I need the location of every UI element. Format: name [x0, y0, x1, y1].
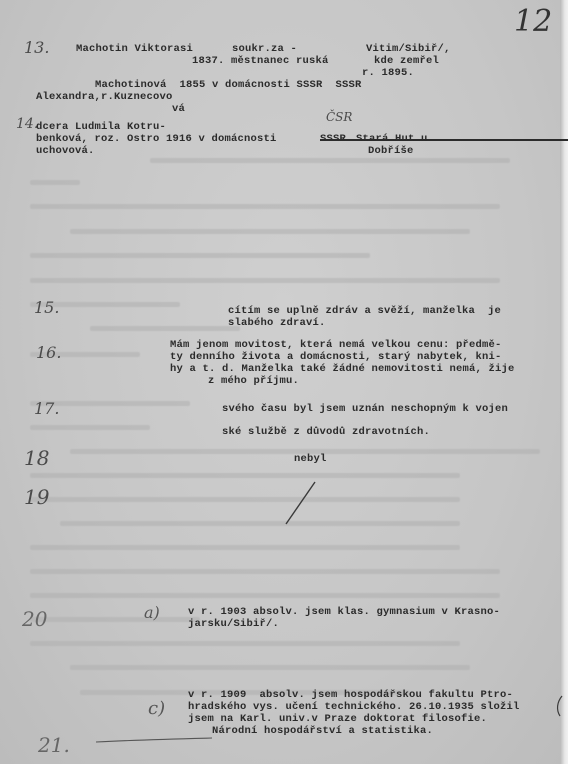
handwritten-slash-mark	[280, 478, 320, 528]
item-20c-line4: Národní hospodářství a statistika.	[212, 725, 433, 737]
item-13-place2: kde zemřel	[374, 55, 439, 67]
sub-item-a: a)	[144, 603, 160, 622]
handwritten-rule-line	[94, 735, 214, 745]
item-20a-line1: v r. 1903 absolv. jsem klas. gymnasium v…	[188, 606, 500, 618]
item-13-name2b: Alexandra,r.Kuznecovo	[36, 91, 173, 103]
bleed-through-line	[30, 180, 80, 185]
bleed-through-line	[30, 593, 500, 598]
bleed-through-line	[30, 617, 200, 622]
item-13-name2c: vá	[172, 103, 185, 115]
item-number: 21.	[38, 733, 70, 757]
item-15-line2: slabého zdraví.	[228, 317, 326, 329]
bleed-through-line	[150, 158, 510, 163]
page-number: 12	[514, 4, 552, 39]
bleed-through-line	[90, 326, 240, 331]
handwritten-correction: ČSR	[326, 110, 352, 124]
item-20c-line3: jsem na Karl. univ.v Praze doktorat filo…	[188, 713, 487, 725]
bleed-through-line	[30, 641, 460, 646]
item-13-place: Vitim/Sibiř/,	[366, 43, 451, 55]
item-16-line4: z mého příjmu.	[208, 375, 299, 387]
item-13-name2: Machotinová 1855 v domácnosti SSSR SSSR	[95, 79, 362, 91]
bleed-through-line	[30, 425, 150, 430]
item-number: 13.	[24, 38, 49, 57]
item-number: 14.	[16, 116, 38, 132]
bleed-through-line	[30, 253, 370, 258]
item-18-answer: nebyl	[294, 453, 327, 465]
item-number: 17.	[34, 399, 59, 418]
item-16-line2: ty denního života a domácnosti, starý na…	[170, 351, 502, 363]
page-edge	[560, 0, 568, 764]
scanned-document-page: 12 13. Machotin Viktorasi soukr.za - Vit…	[0, 0, 568, 764]
item-20c-line2: hradského vys. učení technického. 26.10.…	[188, 701, 520, 713]
bleed-through-line	[30, 545, 460, 550]
bleed-through-line	[30, 497, 460, 502]
item-20c-line1: v r. 1909 absolv. jsem hospodářskou faku…	[188, 689, 513, 701]
item-number: 19	[24, 485, 49, 509]
item-13-year: 1837. městnanec ruská	[192, 55, 329, 67]
item-16-line1: Mám jenom movitost, která nemá velkou ce…	[170, 339, 502, 351]
bleed-through-line	[70, 229, 470, 234]
handwritten-margin-mark	[554, 694, 568, 718]
bleed-through-line	[70, 665, 470, 670]
item-number: 20	[22, 607, 47, 631]
item-17-line2: ské službě z důvodů zdravotních.	[222, 426, 430, 438]
item-14-line3: uchovová.	[36, 145, 95, 157]
item-13-name1: Machotin Viktorasi	[76, 43, 193, 55]
item-14-place2: Dobříše	[368, 145, 414, 157]
sub-item-c: c)	[148, 698, 165, 719]
item-number: 16.	[36, 343, 61, 362]
item-20a-line2: jarsku/Sibiř/.	[188, 618, 279, 630]
bleed-through-line	[60, 521, 460, 526]
bleed-through-line	[30, 278, 500, 283]
item-15-line1: cítím se uplně zdráv a svěží, manželka j…	[228, 305, 501, 317]
item-14-line2: benková, roz. Ostro 1916 v domácnosti	[36, 133, 277, 145]
item-number: 15.	[34, 298, 59, 317]
bleed-through-line	[30, 569, 500, 574]
item-14-line1: dcera Ludmila Kotru-	[36, 121, 166, 133]
bleed-through-line	[30, 473, 460, 478]
bleed-through-line	[30, 204, 500, 209]
item-13-occupation: soukr.za -	[232, 43, 297, 55]
item-13-place3: r. 1895.	[362, 67, 414, 79]
item-14-place: Stará Hut u	[356, 133, 428, 145]
item-16-line3: hy a t. d. Manželka také žádné nemovitos…	[170, 363, 515, 375]
item-17-line1: svého času byl jsem uznán neschopným k v…	[222, 403, 508, 415]
item-number: 18	[24, 446, 49, 470]
